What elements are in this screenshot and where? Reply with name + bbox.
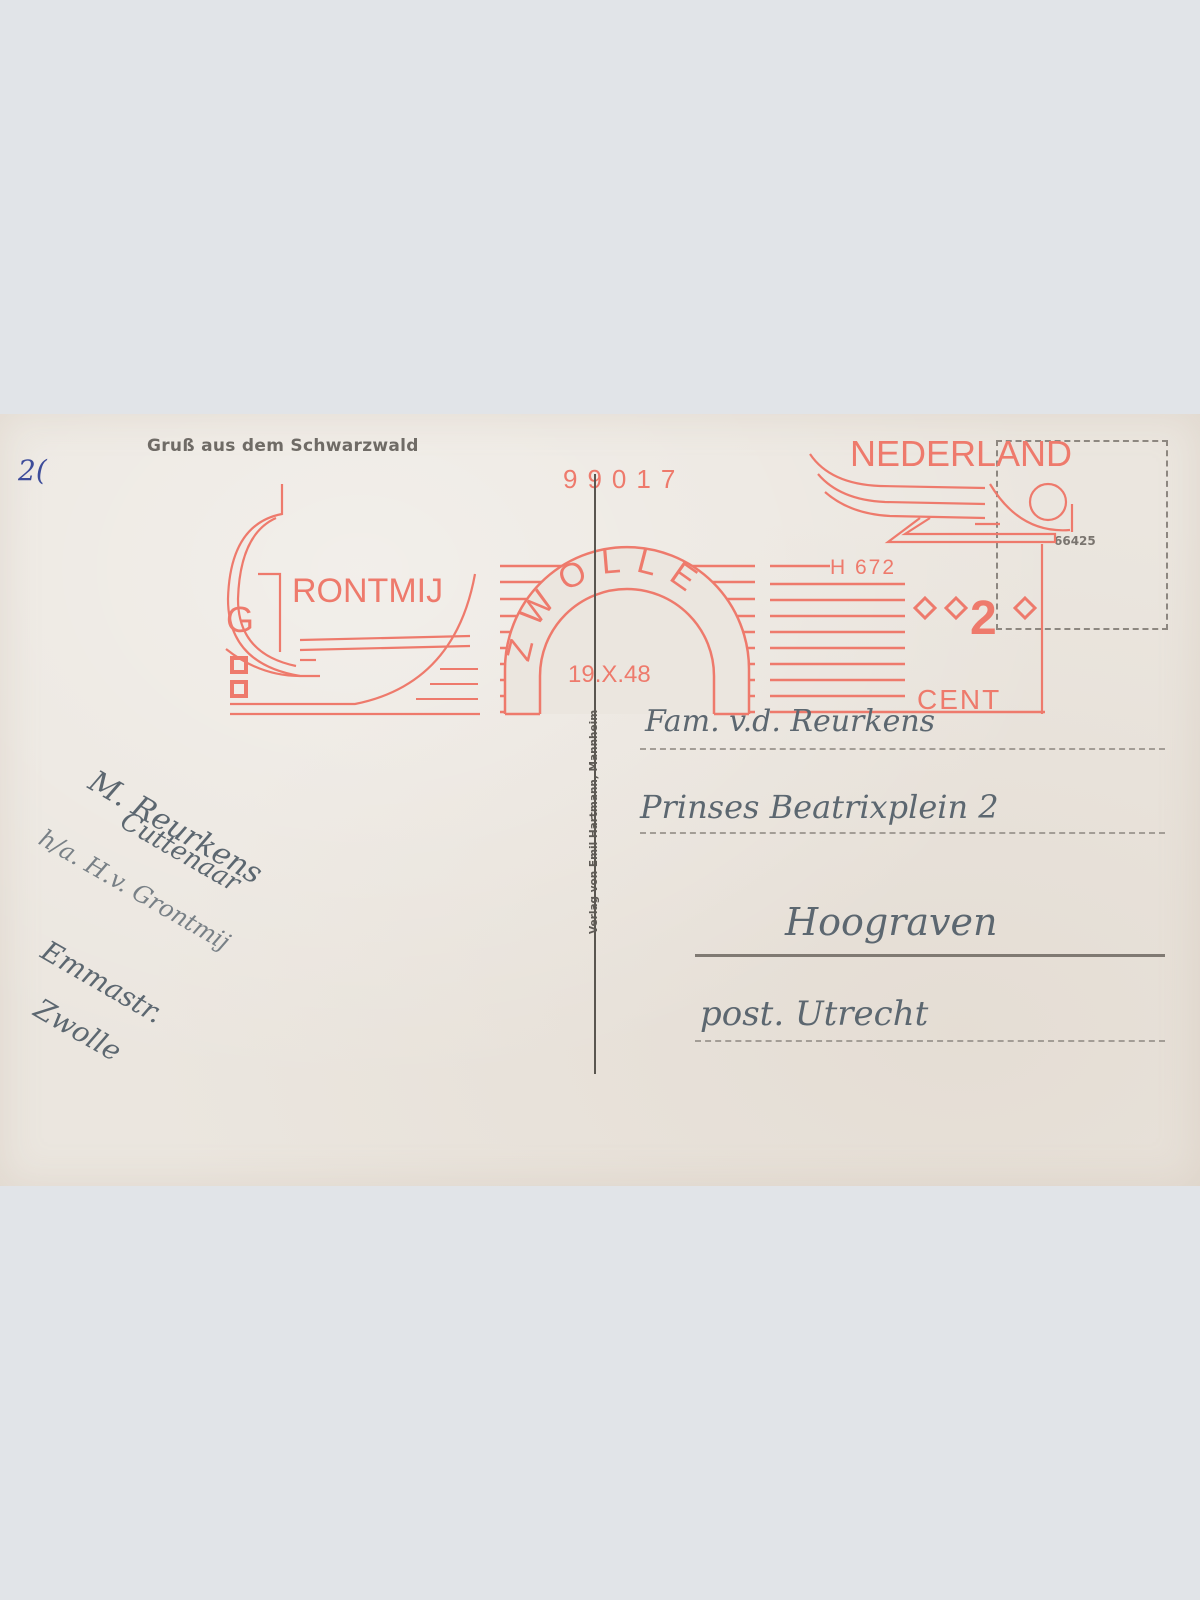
address-city: post. Utrecht [700,994,928,1034]
address-line-3-rule [695,954,1165,957]
publisher-imprint: Verlag von Emil Hartmann, Mannheim [588,710,600,934]
svg-text:ZWOLLE: ZWOLLE [500,541,716,665]
address-district: Hoograven [785,900,997,944]
address-line-2-rule [640,832,1165,834]
greeting-heading: Gruß aus dem Schwarzwald [147,436,419,456]
address-street: Prinses Beatrixplein 2 [640,788,999,826]
meter-company-initial: G [226,599,254,640]
pencil-note: 2( [18,454,47,487]
stamp-box-code: 66425 [1054,534,1096,548]
address-recipient: Fam. v.d. Reurkens [645,704,935,739]
meter-id: H 672 [830,556,896,579]
postmark-city: ZWOLLE [500,541,716,665]
postmark-date: 19.X.48 [568,661,651,688]
meter-serial: 99017 [563,464,685,494]
address-line-4-rule [695,1040,1165,1042]
postcard-back: 2( Gruß aus dem Schwarzwald 66425 [0,414,1200,1186]
meter-company: RONTMIJ [292,572,443,610]
meter-value: 2 [970,592,997,645]
address-line-1-rule [640,748,1165,750]
